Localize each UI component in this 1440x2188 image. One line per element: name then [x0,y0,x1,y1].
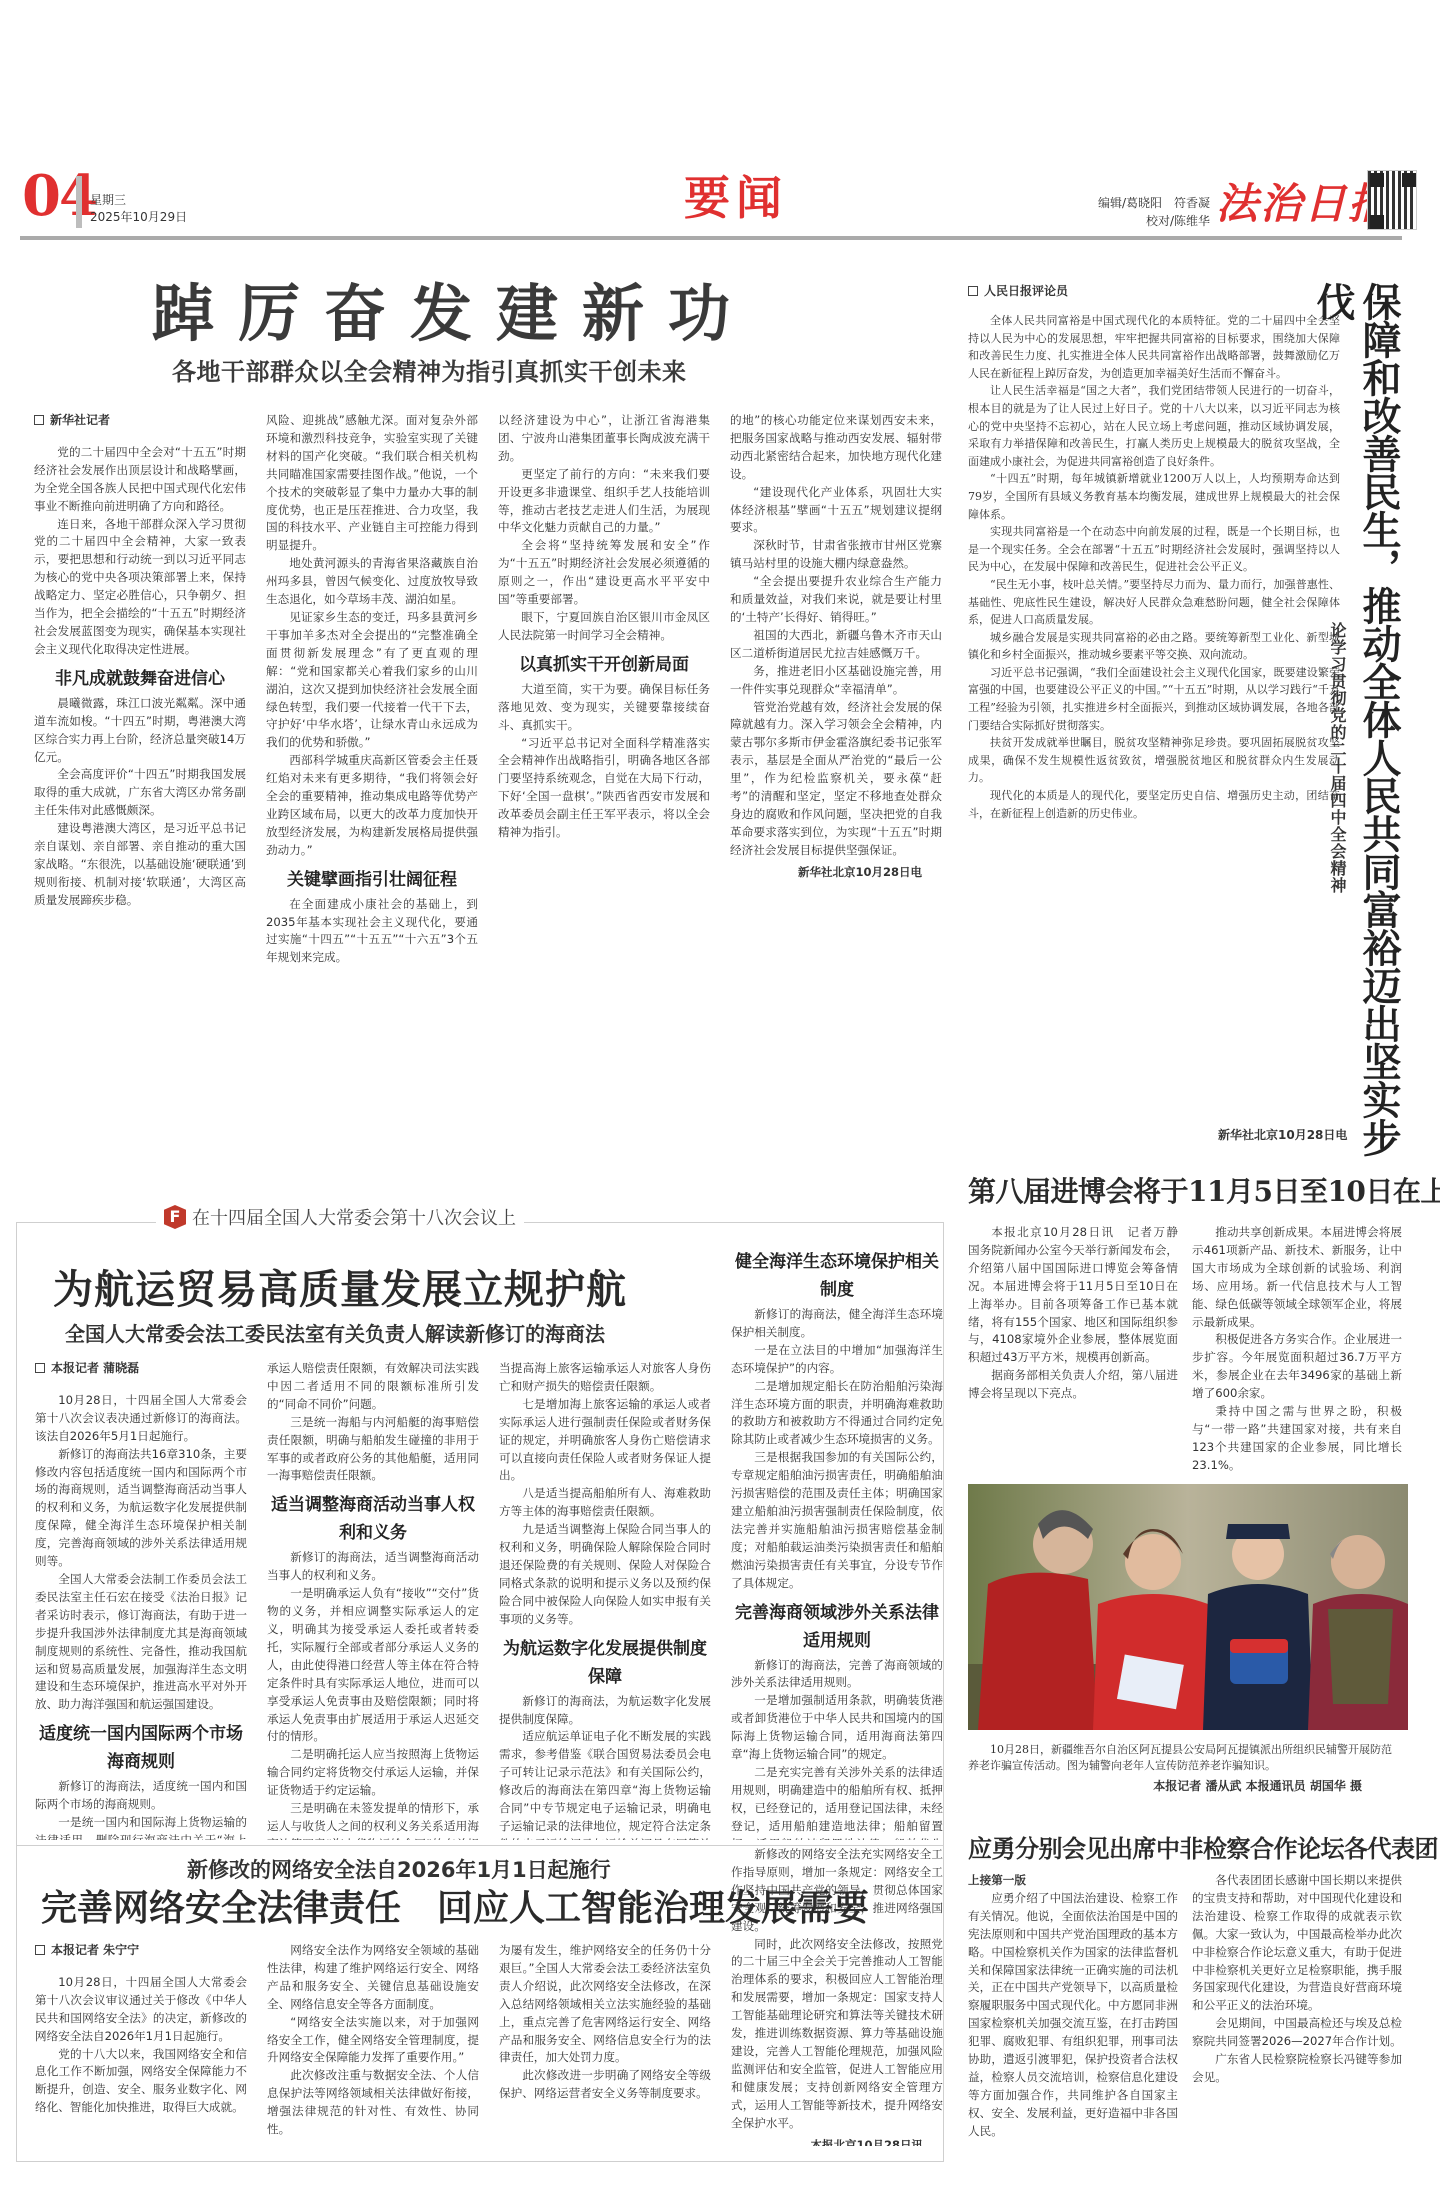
meeting-columns: 上接第一版 应勇介绍了中国法治建设、检察工作有关情况。他说，全面依法治国是中国的… [968,1872,1402,2172]
subhead: 关键擘画指引壮阔征程 [266,866,478,894]
masthead: 04 星期三 2025年10月29日 要闻 编辑/葛晓阳 符香凝 校对/陈维华 … [20,148,1402,238]
paragraph: 九是适当调整海上保险合同当事人的权利和义务，明确保险人解除保险合同时退还保险费的… [499,1521,711,1628]
paragraph: 西部科学城重庆高新区管委会主任聂红焰对未来有更多期待，“我们将领会好全会的重要精… [266,752,478,859]
byline-text: 新华社记者 [50,413,110,427]
paragraph: 全体人民共同富裕是中国式现代化的本质特征。党的二十届四中全会坚持以人民为中心的发… [968,312,1340,382]
paragraph: 城乡融合发展是实现共同富裕的必由之路。要统筹新型工业化、新型城镇化和乡村全面振兴… [968,629,1340,664]
paragraph: 扶贫开发成就举世瞩目，脱贫攻坚精神弥足珍贵。要巩固拓展脱贫攻坚成果，确保不发生规… [968,734,1340,787]
paragraph: 一是统一国内和国际海上货物运输的法律适用。删除现行海商法中关于“海上货物运输合同… [35,1814,247,1840]
proofreader: 校对/陈维华 [1070,212,1210,230]
paragraph: 应勇介绍了中国法治建设、检察工作有关情况。他说，全面依法治国是中国的宪法原则和中… [968,1890,1178,2141]
subhead: 为航运数字化发展提供制度保障 [499,1635,711,1691]
paragraph: 一是在立法目的中增加“加强海洋生态环境保护”的内容。 [731,1342,943,1378]
subhead: 完善海商领域涉外关系法律适用规则 [731,1599,943,1655]
subhead: 非凡成就鼓舞奋进信心 [34,665,246,693]
paragraph: 二是充实完善有关涉外关系的法律适用规则，明确建造中的船舶所有权、抵押权，已经登记… [731,1764,943,1840]
byline-box-icon [35,1363,45,1373]
caption-text: 10月28日，新疆维吾尔自治区阿瓦提县公安局阿瓦提镇派出所组织民辅警开展防范养老… [968,1742,1402,1774]
paragraph: 此次修改注重与数据安全法、个人信息保护法等网络领域相关法律做好衔接，增强法律规范… [267,2067,479,2139]
paragraph: “全会提出要提升农业综合生产能力和质量效益，对我们来说，就是要让村里的‘土特产’… [730,573,942,627]
lead-column-2: 风险、迎挑战”感触尤深。面对复杂外部环境和激烈科技竞争，实验室实现了关键材料的国… [266,412,478,1172]
cyber-column-3: 为屡有发生，维护网络安全的任务仍十分艰巨。”全国人大常委会法工委经济法室负责人介… [499,1942,711,2154]
photo-credit: 本报记者 潘从武 本报通讯员 胡国华 摄 [968,1778,1402,1794]
date: 2025年10月29日 [90,209,187,226]
lead-columns: 新华社记者 党的二十届四中全会对“十五五”时期经济社会发展作出顶层设计和战略擘画… [34,412,942,1172]
paragraph: 眼下，宁夏回族自治区银川市金凤区人民法院第一时间学习全会精神。 [498,609,710,645]
paragraph: 三是统一海船与内河船艇的海事赔偿责任限额，明确与船舶发生碰撞的非用于军事的或者政… [267,1414,479,1486]
expo-column-2: 推动共享创新成果。本届进博会将展示461项新产品、新技术、新服务，让中国大市场成… [1192,1224,1402,1484]
elderly-fraud-awareness-photo-icon [968,1484,1408,1730]
qr-code-icon[interactable] [1367,170,1417,230]
paragraph: 广东省人民检察院检察长冯键等参加会见。 [1192,2051,1402,2087]
paragraph: 晨曦微露，珠江口波光粼粼。深中通道车流如梭。“十四五”时期，粤港澳大湾区综合实力… [34,695,246,767]
paragraph: 适应航运单证电子化不断发展的实践需求，参考借鉴《联合国贸易法委员会电子可转让记录… [499,1728,711,1840]
meeting-headline: 应勇分别会见出席中非检察合作论坛各代表团团长 [968,1832,1402,1866]
masthead-rule [20,236,1402,240]
maritime-column-2: 承运人赔偿责任限额，有效解决司法实践中因二者适用不同的限额标准所引发的“同命不同… [267,1360,479,1840]
paragraph: 新修改的网络安全法充实网络安全工作指导原则，增加一条规定：网络安全工作坚持中国共… [731,1846,943,1936]
byline-text: 本报记者 蒲晓磊 [51,1361,139,1375]
paragraph: 全国人大常委会法制工作委员会法工委民法室主任石宏在接受《法治日报》记者采访时表示… [35,1571,247,1714]
paragraph: “民生无小事，枝叶总关情。”要坚持尽力而为、量力而行，加强普惠性、基础性、兜底性… [968,576,1340,629]
maritime-byline: 本报记者 蒲晓磊 [35,1360,247,1378]
paragraph: 习近平总书记强调，“我们全面建设社会主义现代化国家，既要建设繁荣富强的中国，也要… [968,664,1340,734]
paragraph: 以经济建设为中心”，让浙江省海港集团、宁波舟山港集团董事长陶成波充满干劲。 [498,412,710,466]
paragraph: 各代表团团长感谢中国长期以来提供的宝贵支持和帮助，对中国现代化建设和法治建设、检… [1192,1872,1402,2015]
paragraph: “十四五”时期，每年城镇新增就业1200万人以上，人均预期寿命达到79岁，全国所… [968,470,1340,523]
paragraph: 风险、迎挑战”感触尤深。面对复杂外部环境和激烈科技竞争，实验室实现了关键材料的国… [266,412,478,555]
lead-headline: 踔厉奋发建新功 [152,278,754,350]
byline-box-icon [35,1945,45,1955]
lead-article: 踔厉奋发建新功 各地干部群众以全会精神为指引真抓实干创未来 新华社记者 党的二十… [20,262,950,1174]
paragraph: 积极促进各方务实合作。企业展进一步扩容。今年展览面积超过36.7万平方米，参展企… [1192,1331,1402,1403]
paragraph: 新修订的海商法，完善了海商领域的涉外关系法律适用规则。 [731,1657,943,1693]
paragraph: 一是增加强制适用条款，明确装货港或者卸货港位于中华人民共和国境内的国际海上货物运… [731,1692,943,1764]
maritime-column-3: 当提高海上旅客运输承运人对旅客人身伤亡和财产损失的赔偿责任限额。 七是增加海上旅… [499,1360,711,1840]
paragraph: 见证家乡生态的变迁，玛多县黄河乡干事加羊多杰对全会提出的“完整准确全面贯彻新发展… [266,609,478,752]
paragraph: 让人民生活幸福是“国之大者”，我们党团结带领人民进行的一切奋斗，根本目的就是为了… [968,382,1340,470]
expo-headline: 第八届进博会将于11月5日至10日在上海举办 [968,1172,1402,1212]
commentary-body: 全体人民共同富裕是中国式现代化的本质特征。党的二十届四中全会坚持以人民为中心的发… [968,312,1340,822]
paragraph: 会见期间，中国最高检还与埃及总检察院共同签署2026—2027年合作计划。 [1192,2015,1402,2051]
cyber-column-1: 本报记者 朱宁宁 10月28日，十四届全国人大常委会第十八次会议审议通过关于修改… [35,1942,247,2154]
byline-box-icon [968,286,978,296]
paragraph: 10月28日，十四届全国人大常委会第十八次会议审议通过关于修改《中华人民共和国网… [35,1974,247,2046]
lead-column-1: 新华社记者 党的二十届四中全会对“十五五”时期经济社会发展作出顶层设计和战略擘画… [34,412,246,1172]
paragraph: “习近平总书记对全面科学精准落实全会精神作出战略指引，明确各地区各部门要坚持系统… [498,735,710,842]
paragraph: 建设粤港澳大湾区，是习近平总书记亲自谋划、亲自部署、亲自推动的重大国家战略。“东… [34,820,246,910]
cyber-columns: 本报记者 朱宁宁 10月28日，十四届全国人大常委会第十八次会议审议通过关于修改… [35,1942,943,2154]
byline-text: 本报记者 朱宁宁 [51,1943,139,1957]
paragraph: 七是增加海上旅客运输的承运人或者实际承运人进行强制责任保险或者财务保证的规定，并… [499,1396,711,1486]
paragraph: 八是适当提高船舶所有人、海难救助方等主体的海事赔偿责任限额。 [499,1485,711,1521]
paragraph: 承运人赔偿责任限额，有效解决司法实践中因二者适用不同的限额标准所引发的“同命不同… [267,1360,479,1414]
paragraph: 当提高海上旅客运输承运人对旅客人身伤亡和财产损失的赔偿责任限额。 [499,1360,711,1396]
cyber-column-2: 网络安全法作为网络安全领域的基础性法律，构建了维护网络运行安全、网络产品和服务安… [267,1942,479,2154]
paragraph: 地处黄河源头的青海省果洛藏族自治州玛多县，曾因气候变化、过度放牧导致生态退化，如… [266,555,478,609]
paragraph: 据商务部相关负责人介绍，第八届进博会将呈现以下亮点。 [968,1367,1178,1403]
page-number: 04 [22,166,96,226]
maritime-law-article: 为航运贸易高质量发展立规护航 全国人大常委会法工委民法室有关负责人解读新修订的海… [16,1222,944,1846]
paragraph: 10月28日，十四届全国人大常委会第十八次会议表决通过新修订的海商法。该法自20… [35,1392,247,1446]
paragraph: 同时，此次网络安全法修改，按照党的二十届三中全会关于完善推动人工智能治理体系的要… [731,1936,943,2133]
maritime-column-4: 健全海洋生态环境保护相关制度 新修订的海商法，健全海洋生态环境保护相关制度。 一… [731,1242,943,1840]
cybersecurity-law-article: 新修改的网络安全法自2026年1月1日起施行 完善网络安全法律责任 回应人工智能… [16,1846,944,2162]
paragraph: “建设现代化产业体系，巩固壮大实体经济根基”擘画“十五五”规划建议提纲要求。 [730,484,942,538]
lead-subheadline: 各地干部群众以全会精神为指引真抓实干创未来 [172,352,687,387]
paragraph: 祖国的大西北，新疆乌鲁木齐市天山区二道桥街道居民尤拉吉娃感慨万千。 [730,627,942,663]
subhead: 适当调整海商活动当事人权利和义务 [267,1491,479,1547]
lead-column-4: 的地”的核心功能定位来谋划西安未来，把服务国家战略与推动西安发展、辐射带动西北紧… [730,412,942,1172]
paragraph: 全会高度评价“十四五”时期我国发展取得的重大成就，广东省大湾区办常务副主任朱伟对… [34,766,246,820]
page-number-divider [76,176,82,228]
paragraph: 一是明确承运人负有“接收”“交付”货物的义务，并相应调整实际承运人的定义，明确其… [267,1585,479,1746]
lead-column-3: 以经济建设为中心”，让浙江省海港集团、宁波舟山港集团董事长陶成波充满干劲。 更坚… [498,412,710,1172]
maritime-columns: 本报记者 蒲晓磊 10月28日，十四届全国人大常委会第十八次会议表决通过新修订的… [35,1360,943,1840]
editors: 编辑/葛晓阳 符香凝 [1070,194,1210,212]
paragraph: 新修订的海商法共16章310条，主要修改内容包括适度统一国内和国际两个市场的海商… [35,1446,247,1571]
dateline: 本报北京10月28日讯 [731,2137,943,2147]
expo-column-1: 本报北京10月28日讯 记者万静 国务院新闻办公室今天举行新闻发布会，介绍第八届… [968,1224,1178,1484]
maritime-headline: 为航运贸易高质量发展立规护航 [53,1258,627,1315]
paragraph: 三是根据我国参加的有关国际公约，专章规定船舶油污损害责任，明确船舶油污损害赔偿的… [731,1449,943,1592]
newspaper-logo: 法治日报 [1216,178,1392,230]
commentary-subheadline: 论学习贯彻党的二十届四中全会精神 [1326,622,1349,894]
maritime-column-1: 本报记者 蒲晓磊 10月28日，十四届全国人大常委会第十八次会议表决通过新修订的… [35,1360,247,1840]
paragraph: 大道至简，实干为要。确保目标任务落地见效、变为现实，关键要靠接续奋斗、真抓实干。 [498,681,710,735]
expo-columns: 本报北京10月28日讯 记者万静 国务院新闻办公室今天举行新闻发布会，介绍第八届… [968,1224,1402,1484]
paragraph: 此次修改进一步明确了网络安全等级保护、网络运营者安全义务等制度要求。 [499,2067,711,2103]
paragraph: 推动共享创新成果。本届进博会将展示461项新产品、新技术、新服务，让中国大市场成… [1192,1224,1402,1331]
paragraph: 网络安全法作为网络安全领域的基础性法律，构建了维护网络运行安全、网络产品和服务安… [267,1942,479,2014]
paragraph: 实现共同富裕是一个在动态中向前发展的过程，既是一个长期目标，也是一个现实任务。全… [968,523,1340,576]
editor-credits: 编辑/葛晓阳 符香凝 校对/陈维华 [1070,194,1210,230]
commentary-headline: 保障和改善民生，推动全体人民共同富裕迈出坚实步伐 [1346,282,1402,1162]
commentary-article: 人民日报评论员 全体人民共同富裕是中国式现代化的本质特征。党的二十届四中全会坚持… [968,282,1402,1162]
byline-box-icon [34,415,44,425]
cyber-byline: 本报记者 朱宁宁 [35,1942,247,1960]
dateline: 新华社北京10月28日电 [1218,1126,1347,1143]
byline-text: 人民日报评论员 [984,284,1068,298]
issue-date: 星期三 2025年10月29日 [90,192,187,226]
maritime-subheadline: 全国人大常委会法工委民法室有关负责人解读新修订的海商法 [65,1318,605,1347]
paragraph: 党的十八大以来，我国网络安全和信息化工作不断加强，网络安全保障能力不断提升，创造… [35,2046,247,2118]
paragraph: 为屡有发生，维护网络安全的任务仍十分艰巨。”全国人大常委会法工委经济法室负责人介… [499,1942,711,2067]
expo-article: 第八届进博会将于11月5日至10日在上海举办 本报北京10月28日讯 记者万静 … [968,1172,1402,1484]
paragraph: 本报北京10月28日讯 记者万静 国务院新闻办公室今天举行新闻发布会，介绍第八届… [968,1224,1178,1367]
paragraph: 务，推进老旧小区基础设施完善，用一件件实事兑现群众“幸福清单”。 [730,663,942,699]
meeting-column-2: 各代表团团长感谢中国长期以来提供的宝贵支持和帮助，对中国现代化建设和法治建设、检… [1192,1872,1402,2172]
photo-caption: 10月28日，新疆维吾尔自治区阿瓦提县公安局阿瓦提镇派出所组织民辅警开展防范养老… [968,1742,1402,1794]
paragraph: 二是增加规定船长在防治船舶污染海洋生态环境方面的职责，并明确海难救助的救助方和被… [731,1378,943,1450]
continued-from-label: 上接第一版 [968,1872,1178,1890]
paragraph: 全会将“坚持统筹发展和安全”作为“十五五”时期经济社会发展必须遵循的原则之一，作… [498,537,710,609]
cyber-column-4: 新修改的网络安全法充实网络安全工作指导原则，增加一条规定：网络安全工作坚持中国共… [731,1846,943,2146]
weekday: 星期三 [90,192,187,209]
paragraph: 新修订的海商法，适度统一国内和国际两个市场的海商规则。 [35,1778,247,1814]
paragraph: 党的二十届四中全会对“十五五”时期经济社会发展作出顶层设计和战略擘画，为全党全国… [34,444,246,516]
paragraph: 秉持中国之需与世界之盼，积极与“一带一路”共建国家对接，共有来自123个共建国家… [1192,1403,1402,1475]
section-title: 要闻 [684,170,788,226]
lead-byline: 新华社记者 [34,412,246,430]
paragraph: 在全面建成小康社会的基础上，到2035年基本实现社会主义现代化，要通过实施“十四… [266,896,478,968]
subhead: 以真抓实干开创新局面 [498,651,710,679]
subhead: 健全海洋生态环境保护相关制度 [731,1248,943,1304]
paragraph: 三是明确在未签发提单的情形下，承运人与收货人之间的权利义务关系适用海商法第四章“… [267,1800,479,1840]
paragraph: 深秋时节，甘肃省张掖市甘州区党寨镇马站村里的设施大棚内绿意盎然。 [730,537,942,573]
paragraph: 管党治党越有效，经济社会发展的保障就越有力。深入学习领会全会精神，内蒙古鄂尔多斯… [730,699,942,860]
paragraph: 新修订的海商法，健全海洋生态环境保护相关制度。 [731,1306,943,1342]
paragraph: 新修订的海商法，适当调整海商活动当事人的权利和义务。 [267,1549,479,1585]
paragraph: 新修订的海商法，为航运数字化发展提供制度保障。 [499,1693,711,1729]
paragraph: 现代化的本质是人的现代化，要坚定历史自信、增强历史主动，团结奋斗，在新征程上创造… [968,787,1340,822]
procuratorate-meeting-article: 应勇分别会见出席中非检察合作论坛各代表团团长 上接第一版 应勇介绍了中国法治建设… [968,1832,1402,2172]
paragraph: 更坚定了前行的方向：“未来我们要开设更多非遗课堂、组织手艺人技能培训等，推动古老… [498,466,710,538]
meeting-column-1: 上接第一版 应勇介绍了中国法治建设、检察工作有关情况。他说，全面依法治国是中国的… [968,1872,1178,2172]
paragraph: 连日来，各地干部群众深入学习贯彻党的二十届四中全会精神，大家一致表示，要把思想和… [34,516,246,659]
subhead: 适度统一国内国际两个市场海商规则 [35,1720,247,1776]
paragraph: “网络安全法实施以来，对于加强网络安全工作，健全网络安全管理制度，提升网络安全保… [267,2014,479,2068]
dateline: 新华社北京10月28日电 [730,864,942,882]
paragraph: 二是明确托运人应当按照海上货物运输合同约定将货物交付承运人运输，并保证货物适于约… [267,1746,479,1800]
paragraph: 的地”的核心功能定位来谋划西安未来，把服务国家战略与推动西安发展、辐射带动西北紧… [730,412,942,484]
news-photo[interactable] [968,1484,1408,1730]
